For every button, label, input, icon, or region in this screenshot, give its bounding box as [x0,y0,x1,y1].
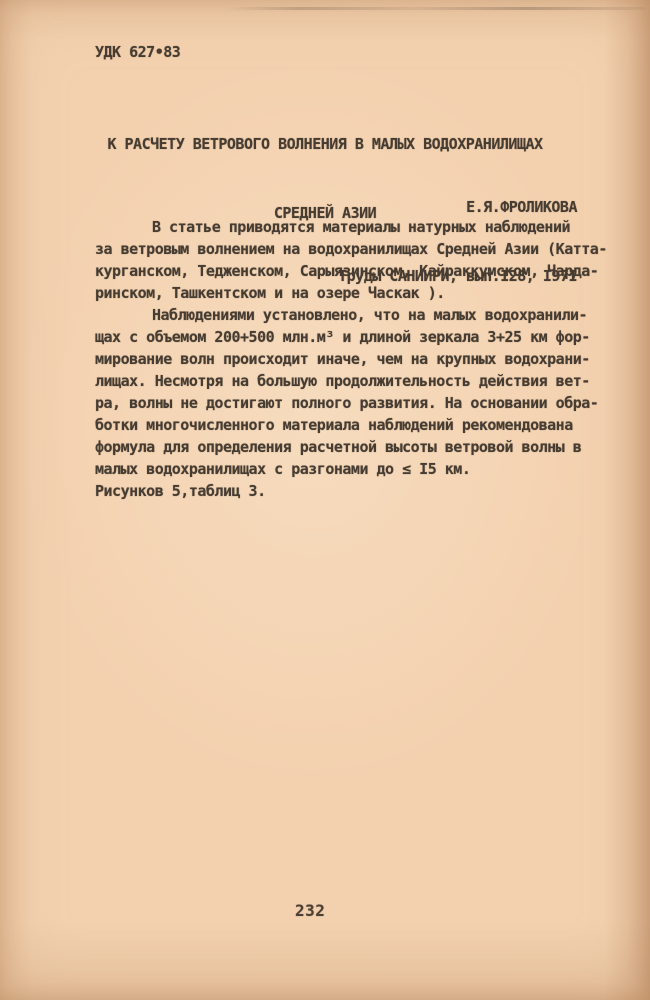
abstract-text: В статье приводятся материалы натурных н… [95,216,635,502]
udc-code: УДК 627•83 [95,43,180,61]
abstract-line: ринском, Ташкентском и на озере Часкак )… [95,282,635,304]
abstract-line: мирование волн происходит иначе, чем на … [95,348,635,370]
figures-tables-note: Рисунков 5,таблиц 3. [95,480,635,502]
abstract-line: малых водохранилищах с разгонами до ≤ I5… [95,458,635,480]
abstract-line: ра, волны не достигают полного развития.… [95,392,635,414]
abstract-line: щах с объемом 200+500 млн.м³ и длиной зе… [95,326,635,348]
abstract-line: В статье приводятся материалы натурных н… [95,216,635,238]
abstract-line: формула для определения расчетной высоты… [95,436,635,458]
scan-artifact-smudge [225,7,645,10]
abstract-line: ботки многочисленного материала наблюден… [95,414,635,436]
scanned-page: УДК 627•83 К РАСЧЕТУ ВЕТРОВОГО ВОЛНЕНИЯ … [0,0,650,1000]
abstract-line: Наблюдениями установлено, что на малых в… [95,304,635,326]
page-number: 232 [295,901,325,920]
abstract-line: за ветровым волнением на водохранилищах … [95,238,635,260]
abstract-line: курганском, Тедженском, Сарыязинском, Ка… [95,260,635,282]
abstract-line: лищах. Несмотря на большую продолжительн… [95,370,635,392]
